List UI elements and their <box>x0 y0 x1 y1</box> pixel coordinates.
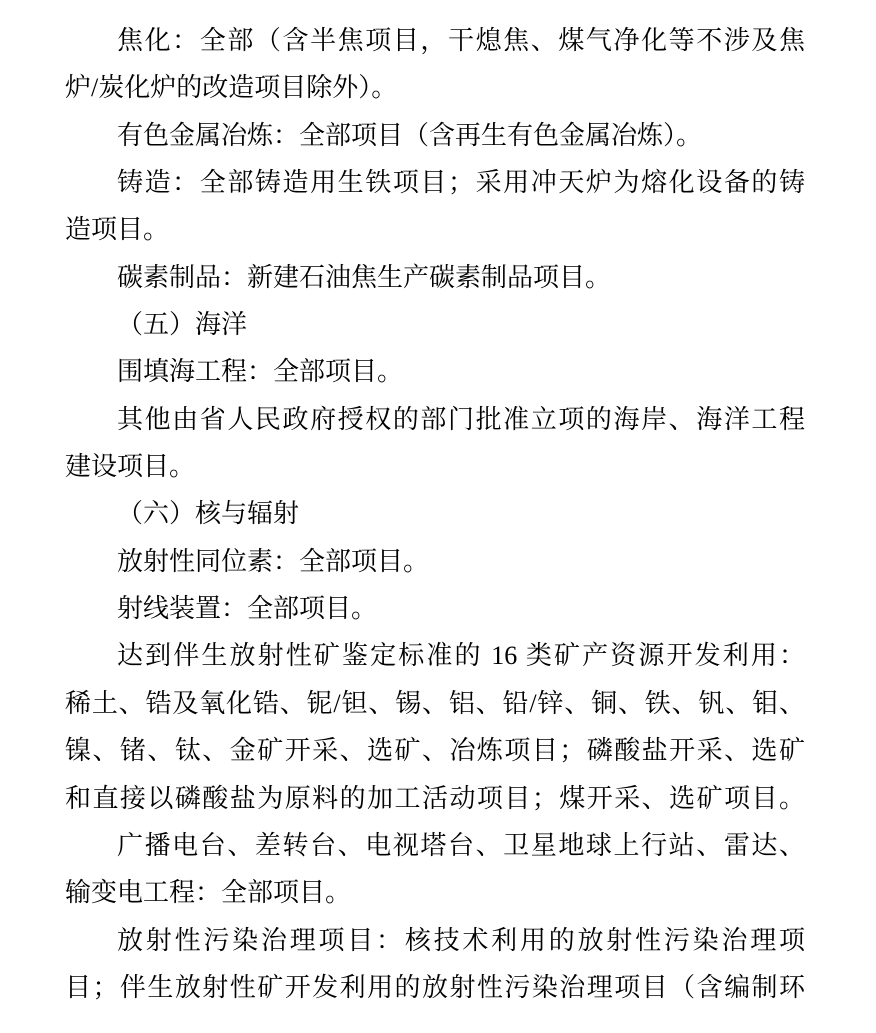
text-line: 造项目。 <box>65 206 805 253</box>
text-line: 建设项目。 <box>65 443 805 490</box>
paragraph-other-coastal-projects: 其他由省人民政府授权的部门批准立项的海岸、海洋工程 建设项目。 <box>65 396 805 491</box>
paragraph-radioactive-pollution-treatment: 放射性污染治理项目：核技术利用的放射性污染治理项 目；伴生放射性矿开发利用的放射… <box>65 917 805 1012</box>
text-line: 炉/炭化炉的改造项目除外）。 <box>65 64 805 111</box>
section-heading-line: （六）核与辐射 <box>65 490 805 537</box>
paragraph-casting: 铸造：全部铸造用生铁项目；采用冲天炉为熔化设备的铸 造项目。 <box>65 159 805 254</box>
paragraph-associated-radioactive-minerals: 达到伴生放射性矿鉴定标准的 16 类矿产资源开发利用： 稀土、锆及氧化锆、铌/钽… <box>65 632 805 821</box>
section-heading-5-ocean: （五）海洋 <box>65 301 805 348</box>
text-line: 放射性同位素：全部项目。 <box>65 538 805 585</box>
text-line: 达到伴生放射性矿鉴定标准的 16 类矿产资源开发利用： <box>65 632 805 679</box>
text-line: 稀土、锆及氧化锆、铌/钽、锡、铝、铅/锌、铜、铁、钒、钼、 <box>65 680 805 727</box>
text-line: 围填海工程：全部项目。 <box>65 348 805 395</box>
section-heading-line: （五）海洋 <box>65 301 805 348</box>
paragraph-sea-reclamation: 围填海工程：全部项目。 <box>65 348 805 395</box>
paragraph-carbon-products: 碳素制品：新建石油焦生产碳素制品项目。 <box>65 254 805 301</box>
text-line: 镍、锗、钛、金矿开采、选矿、冶炼项目；磷酸盐开采、选矿 <box>65 727 805 774</box>
text-line: 广播电台、差转台、电视塔台、卫星地球上行站、雷达、 <box>65 822 805 869</box>
paragraph-nonferrous-smelting: 有色金属冶炼：全部项目（含再生有色金属冶炼）。 <box>65 112 805 159</box>
text-line: 放射性污染治理项目：核技术利用的放射性污染治理项 <box>65 917 805 964</box>
paragraph-coking: 焦化：全部（含半焦项目，干熄焦、煤气净化等不涉及焦 炉/炭化炉的改造项目除外）。 <box>65 17 805 112</box>
text-line: 有色金属冶炼：全部项目（含再生有色金属冶炼）。 <box>65 112 805 159</box>
text-line: 铸造：全部铸造用生铁项目；采用冲天炉为熔化设备的铸 <box>65 159 805 206</box>
paragraph-radioisotopes: 放射性同位素：全部项目。 <box>65 538 805 585</box>
section-heading-6-nuclear-radiation: （六）核与辐射 <box>65 490 805 537</box>
text-line: 和直接以磷酸盐为原料的加工活动项目；煤开采、选矿项目。 <box>65 775 805 822</box>
text-block: 焦化：全部（含半焦项目，干熄焦、煤气净化等不涉及焦 炉/炭化炉的改造项目除外）。… <box>65 17 805 1011</box>
paragraph-broadcast-transmission: 广播电台、差转台、电视塔台、卫星地球上行站、雷达、 输变电工程：全部项目。 <box>65 822 805 917</box>
text-line: 射线装置：全部项目。 <box>65 585 805 632</box>
text-line: 焦化：全部（含半焦项目，干熄焦、煤气净化等不涉及焦 <box>65 17 805 64</box>
text-line: 其他由省人民政府授权的部门批准立项的海岸、海洋工程 <box>65 396 805 443</box>
text-line: 输变电工程：全部项目。 <box>65 869 805 916</box>
document-page: 焦化：全部（含半焦项目，干熄焦、煤气净化等不涉及焦 炉/炭化炉的改造项目除外）。… <box>0 0 876 1033</box>
paragraph-ray-devices: 射线装置：全部项目。 <box>65 585 805 632</box>
text-line: 目；伴生放射性矿开发利用的放射性污染治理项目（含编制环 <box>65 964 805 1011</box>
text-line: 碳素制品：新建石油焦生产碳素制品项目。 <box>65 254 805 301</box>
